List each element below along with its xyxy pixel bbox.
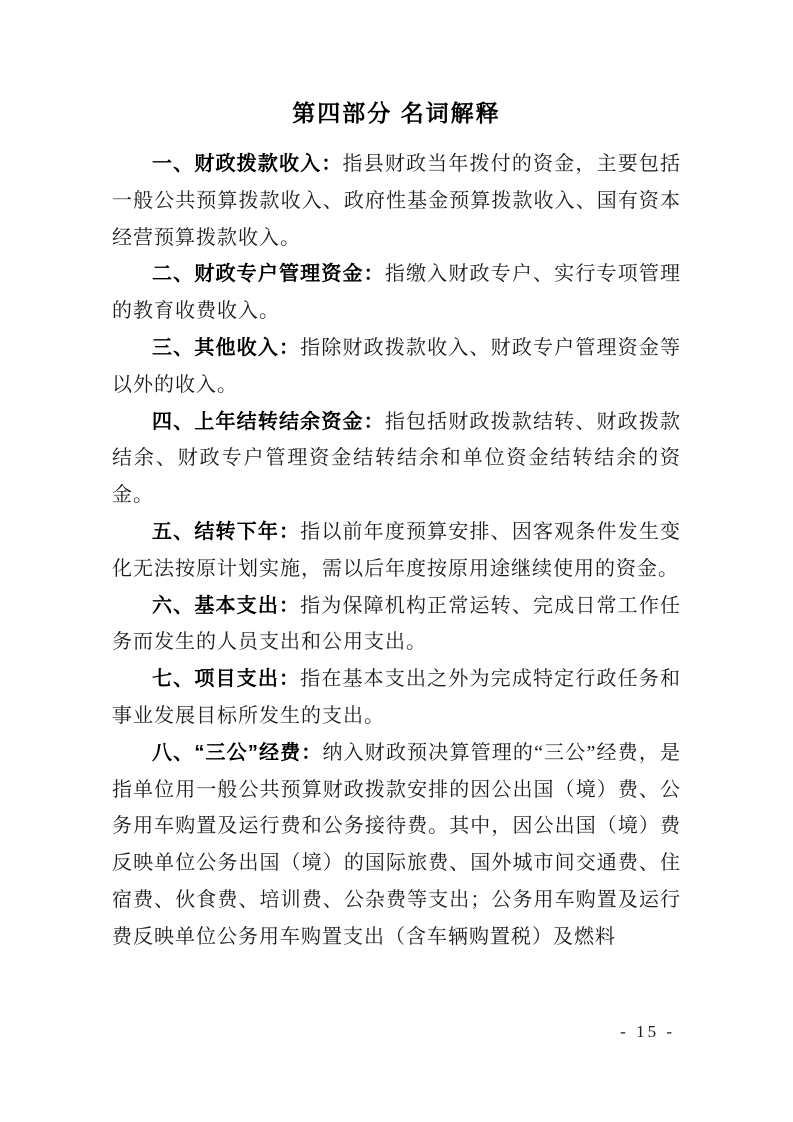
- term-label: 八、“三公”经费：: [152, 742, 322, 764]
- page-number: - 15 -: [620, 1022, 675, 1042]
- term-label: 七、项目支出：: [152, 668, 300, 690]
- document-page: 第四部分 名词解释 一、财政拨款收入：指县财政当年拨付的资金，主要包括一般公共预…: [0, 0, 793, 1122]
- definition-paragraph: 一、财政拨款收入：指县财政当年拨付的资金，主要包括一般公共预算拨款收入、政府性基…: [112, 146, 681, 256]
- term-label: 五、结转下年：: [152, 521, 300, 543]
- definition-paragraph: 七、项目支出：指在基本支出之外为完成特定行政任务和事业发展目标所发生的支出。: [112, 661, 681, 735]
- definition-paragraph: 二、财政专户管理资金：指缴入财政专户、实行专项管理的教育收费收入。: [112, 256, 681, 330]
- definition-paragraph: 三、其他收入：指除财政拨款收入、财政专户管理资金等以外的收入。: [112, 330, 681, 404]
- definition-paragraph: 五、结转下年：指以前年度预算安排、因客观条件发生变化无法按原计划实施，需以后年度…: [112, 514, 681, 588]
- term-label: 一、财政拨款收入：: [152, 153, 343, 175]
- definition-paragraph: 四、上年结转结余资金：指包括财政拨款结转、财政拨款结余、财政专户管理资金结转结余…: [112, 404, 681, 514]
- page-title: 第四部分 名词解释: [112, 96, 681, 130]
- page-content: 第四部分 名词解释 一、财政拨款收入：指县财政当年拨付的资金，主要包括一般公共预…: [112, 96, 681, 956]
- term-label: 三、其他收入：: [152, 337, 300, 359]
- term-definition: 纳入财政预决算管理的“三公”经费，是指单位用一般公共预算财政拨款安排的因公出国（…: [112, 742, 681, 948]
- term-label: 四、上年结转结余资金：: [152, 411, 385, 433]
- definition-list: 一、财政拨款收入：指县财政当年拨付的资金，主要包括一般公共预算拨款收入、政府性基…: [112, 146, 681, 956]
- term-label: 六、基本支出：: [152, 595, 300, 617]
- definition-paragraph: 六、基本支出：指为保障机构正常运转、完成日常工作任务而发生的人员支出和公用支出。: [112, 588, 681, 662]
- term-label: 二、财政专户管理资金：: [152, 263, 385, 285]
- definition-paragraph: 八、“三公”经费：纳入财政预决算管理的“三公”经费，是指单位用一般公共预算财政拨…: [112, 735, 681, 956]
